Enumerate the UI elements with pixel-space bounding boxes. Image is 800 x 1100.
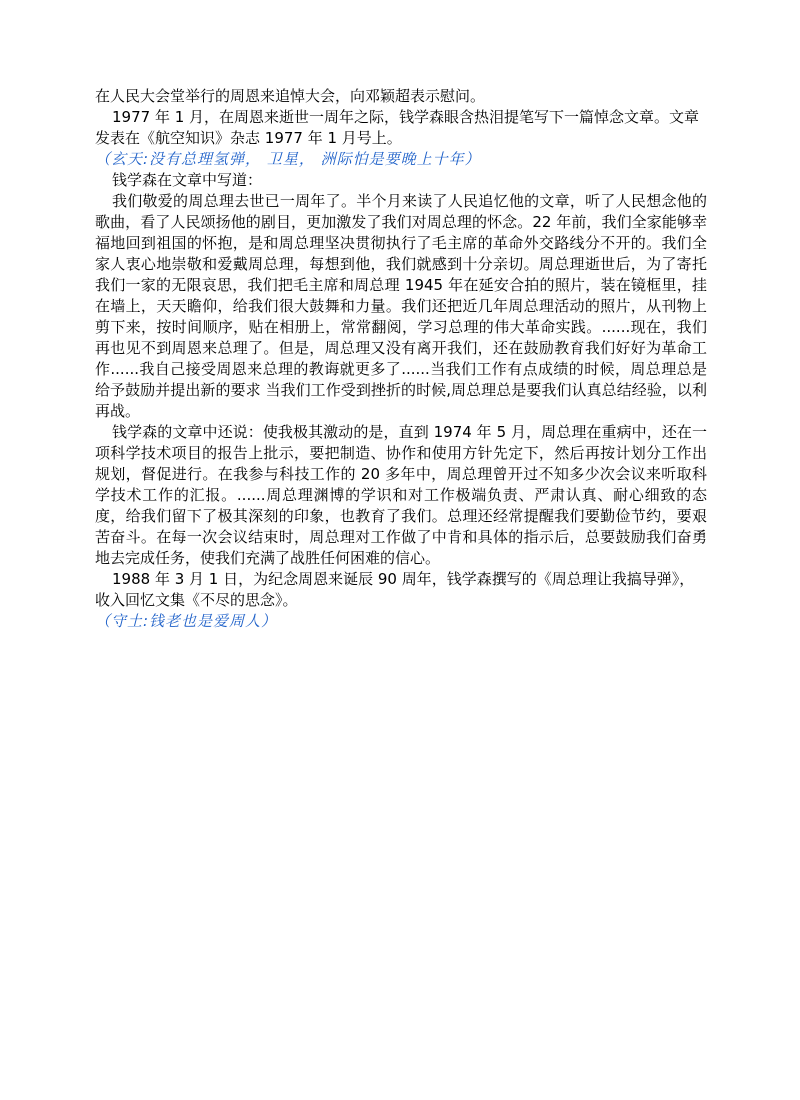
paragraph-continuation: 在人民大会堂举行的周恩来追悼大会，向邓颖超表示慰问。 bbox=[95, 86, 707, 107]
paragraph-1977-article: 1977 年 1 月，在周恩来逝世一周年之际，钱学森眼含热泪提笔写下一篇悼念文章… bbox=[95, 107, 707, 149]
document-page: 在人民大会堂举行的周恩来追悼大会，向邓颖超表示慰问。 1977 年 1 月，在周… bbox=[0, 0, 800, 1100]
paragraph-1988-memorial: 1988 年 3 月 1 日，为纪念周恩来诞辰 90 周年，钱学森撰写的《周总理… bbox=[95, 569, 707, 611]
paragraph-lead-in: 钱学森在文章中写道： bbox=[95, 170, 707, 191]
annotation-shoutu: （守土:钱老也是爱周人） bbox=[95, 611, 707, 632]
annotation-xuantian: （玄天:没有总理氢弹， 卫星， 洲际怕是要晚上十年） bbox=[95, 149, 707, 170]
quoted-article-paragraph-1: 我们敬爱的周总理去世已一周年了。半个月来读了人民追忆他的文章，听了人民想念他的歌… bbox=[95, 191, 707, 422]
quoted-article-paragraph-2: 钱学森的文章中还说：使我极其激动的是，直到 1974 年 5 月，周总理在重病中… bbox=[95, 422, 707, 569]
